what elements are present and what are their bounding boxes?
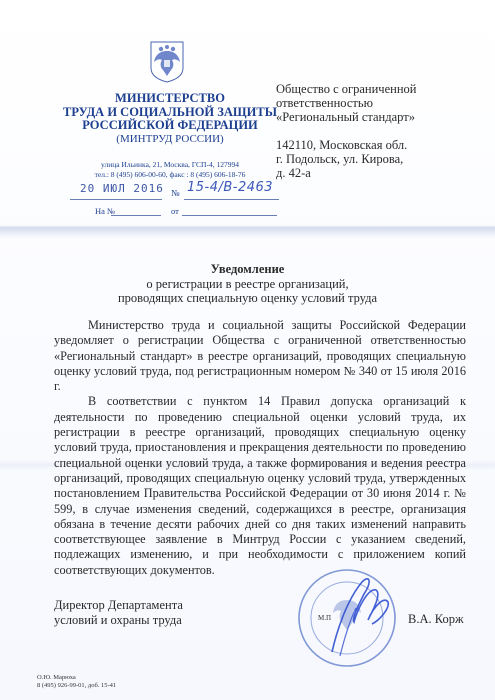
signatory-position: Директор Департамента условий и охраны т… xyxy=(54,598,254,628)
signatory-name: В.А. Корж xyxy=(408,612,464,627)
body-paragraph-2: В соответствии с пунктом 14 Правил допус… xyxy=(54,394,466,578)
address-line-1: улица Ильинка, 21, Москва, ГСП-4, 127994 xyxy=(60,160,280,170)
ministry-line-3: РОССИЙСКОЙ ФЕДЕРАЦИИ xyxy=(60,119,280,133)
recipient-address-3: д. 42-а xyxy=(276,166,476,180)
position-line-2: условий и охраны труда xyxy=(54,613,254,628)
title-heading: Уведомление xyxy=(60,262,435,277)
recipient-block: Общество с ограниченной ответственностью… xyxy=(276,82,476,180)
address-line-2: тел.: 8 (495) 606-00-60, факс : 8 (495) … xyxy=(60,170,280,180)
recipient-address-1: 142110, Московская обл. xyxy=(276,138,476,152)
official-seal-icon xyxy=(292,560,402,670)
ministry-line-1: МИНИСТЕРСТВО xyxy=(60,92,280,106)
executor-name: О.Ю. Марюха xyxy=(37,674,116,682)
executor-info: О.Ю. Марюха 8 (495) 926-99-01, доб. 15-4… xyxy=(37,674,116,690)
executor-phone: 8 (495) 926-99-01, доб. 15-41 xyxy=(37,682,116,690)
number-label: № xyxy=(171,188,180,198)
body-paragraph-1: Министерство труда и социальной защиты Р… xyxy=(54,318,466,394)
paper-fold xyxy=(0,225,495,239)
recipient-line-2: ответственностью xyxy=(276,96,476,110)
title-sub-2: проводящих специальную оценку условий тр… xyxy=(60,291,435,306)
reply-from-line xyxy=(182,207,277,216)
recipient-line-1: Общество с ограниченной xyxy=(276,82,476,96)
ministry-address: улица Ильинка, 21, Москва, ГСП-4, 127994… xyxy=(60,160,280,180)
reply-from-label: от xyxy=(171,206,179,216)
document-body: Министерство труда и социальной защиты Р… xyxy=(54,318,466,578)
ministry-letterhead: МИНИСТЕРСТВО ТРУДА И СОЦИАЛЬНОЙ ЗАЩИТЫ Р… xyxy=(60,92,280,146)
document-title: Уведомление о регистрации в реестре орга… xyxy=(60,262,435,306)
outgoing-number: 15-4/В-2463 xyxy=(187,180,273,195)
position-line-1: Директор Департамента xyxy=(54,598,254,613)
seal-placeholder-label: М.П xyxy=(318,614,331,622)
ministry-short-name: (МИНТРУД РОССИИ) xyxy=(60,133,280,147)
recipient-address-2: г. Подольск, ул. Кирова, xyxy=(276,152,476,166)
russian-coat-of-arms-icon xyxy=(148,40,186,84)
recipient-line-3: «Региональный стандарт» xyxy=(276,110,476,124)
title-sub-1: о регистрации в реестре организаций, xyxy=(60,277,435,292)
reply-to-line xyxy=(111,207,161,216)
ministry-line-2: ТРУДА И СОЦИАЛЬНОЙ ЗАЩИТЫ xyxy=(60,106,280,120)
date-stamp: 20 ИЮЛ 2016 xyxy=(80,182,164,195)
